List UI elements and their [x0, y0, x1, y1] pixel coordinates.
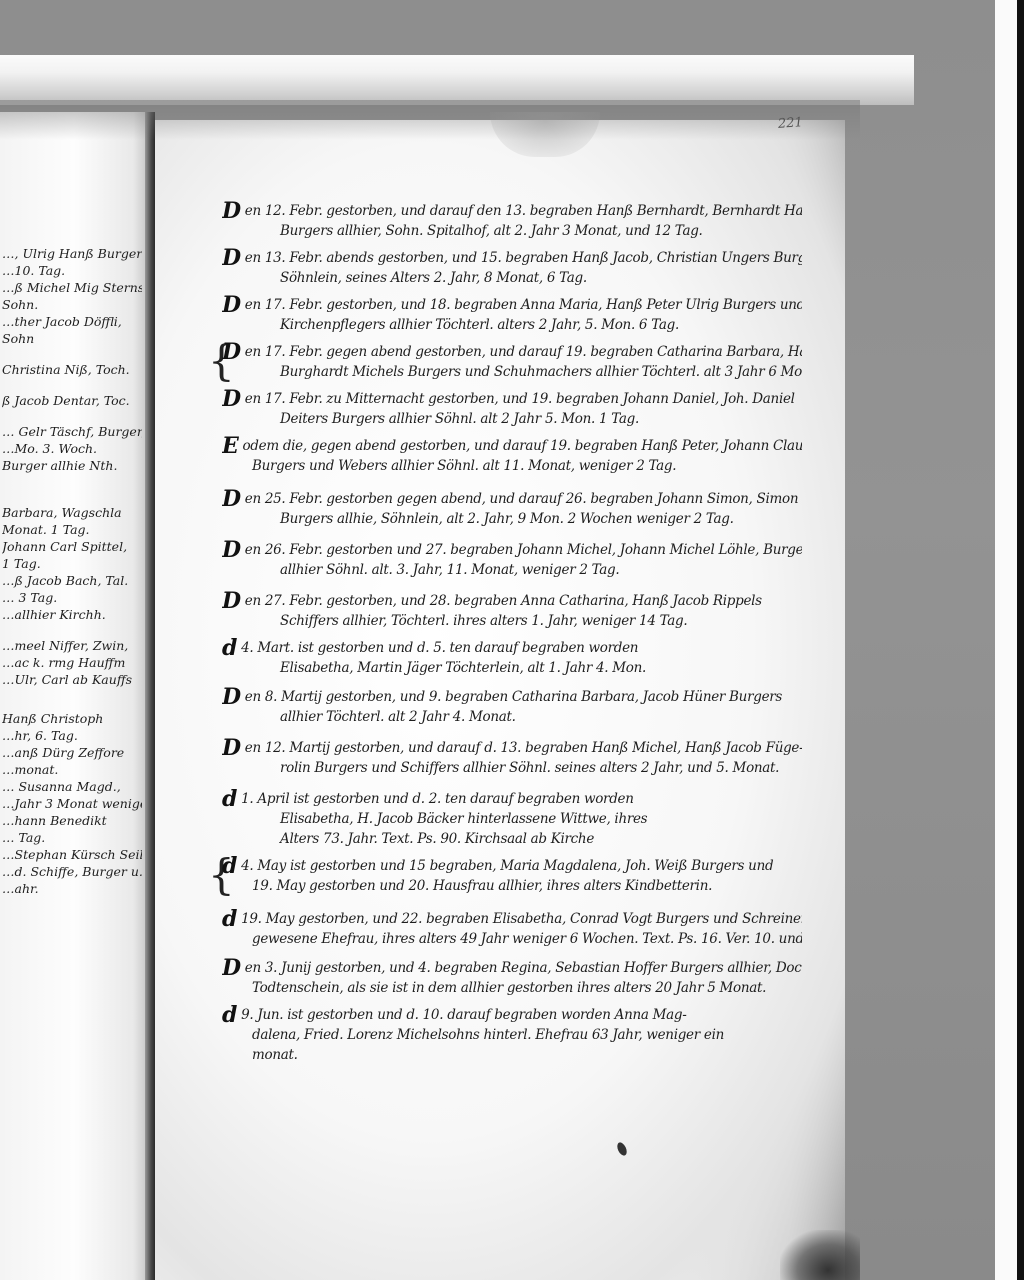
entry-text: Kirchenpflegers allhier Töchterl. alters…: [222, 315, 802, 335]
entry-initial: D: [222, 389, 241, 409]
register-entries: Den 12. Febr. gestorben, und darauf den …: [222, 198, 802, 1069]
left-line: …Stephan Kürsch Seiler: [2, 846, 142, 863]
register-entry: Den 13. Febr. abends gestorben, und 15. …: [222, 245, 802, 288]
left-line: …d. Schiffe, Burger u. 9: [2, 863, 142, 880]
left-line: Barbara, Wagschla: [2, 504, 142, 521]
entry-text: Todtenschein, als sie ist in dem allhier…: [222, 978, 802, 998]
entry-text: en 12. Febr. gestorben, und darauf den 1…: [245, 203, 802, 219]
left-line: …10. Tag.: [2, 262, 142, 279]
page-top-shadow: [0, 100, 860, 140]
entry-initial: D: [222, 591, 241, 611]
entry-text: 1. April ist gestorben und d. 2. ten dar…: [241, 791, 634, 807]
entry-initial: d: [222, 1005, 237, 1025]
entry-text: 9. Jun. ist gestorben und d. 10. darauf …: [241, 1007, 686, 1023]
entry-text: en 27. Febr. gestorben, und 28. begraben…: [245, 593, 762, 609]
entry-initial: D: [222, 687, 241, 707]
left-line: …Ulr, Carl ab Kauffs: [2, 671, 142, 688]
entry-text: Deiters Burgers allhier Söhnl. alt 2 Jah…: [222, 409, 802, 429]
left-line: …Jahr 3 Monat weniger 3 Tag: [2, 795, 142, 812]
entry-text: en 12. Martij gestorben, und darauf d. 1…: [245, 740, 802, 756]
entry-text: Schiffers allhier, Töchterl. ihres alter…: [222, 611, 802, 631]
register-entry: Den 26. Febr. gestorben und 27. begraben…: [222, 537, 802, 580]
left-line: … Tag.: [2, 829, 142, 846]
book-gutter: [145, 112, 155, 1280]
register-entry: d9. Jun. ist gestorben und d. 10. darauf…: [222, 1002, 802, 1065]
entry-text: dalena, Fried. Lorenz Michelsohns hinter…: [222, 1025, 802, 1045]
register-entry: d4. Mart. ist gestorben und d. 5. ten da…: [222, 635, 802, 678]
left-line: …hr, 6. Tag.: [2, 727, 142, 744]
register-entry: d19. May gestorben, und 22. begraben Eli…: [222, 906, 802, 949]
register-entry: Eodem die, gegen abend gestorben, und da…: [222, 433, 802, 476]
top-paper-strip: [0, 55, 914, 105]
entry-text: Burgers und Webers allhier Söhnl. alt 11…: [222, 456, 802, 476]
left-line: ß Jacob Dentar, Toc.: [2, 392, 142, 409]
left-line: …monat.: [2, 761, 142, 778]
entry-text: en 26. Febr. gestorben und 27. begraben …: [245, 542, 802, 558]
entry-text: Elisabetha, Martin Jäger Töchterlein, al…: [222, 658, 802, 678]
register-entry: Den 8. Martij gestorben, und 9. begraben…: [222, 684, 802, 727]
entry-initial: D: [222, 342, 241, 362]
register-entry: Den 25. Febr. gestorben gegen abend, und…: [222, 486, 802, 529]
left-line: …ß Jacob Bach, Tal.: [2, 572, 142, 589]
register-entry: Den 12. Martij gestorben, und darauf d. …: [222, 735, 802, 778]
register-entry: { d4. May ist gestorben und 15 begraben,…: [222, 853, 802, 896]
register-entry: Den 3. Junij gestorben, und 4. begraben …: [222, 955, 802, 998]
left-line: …ß Michel Mig Sterns,: [2, 279, 142, 296]
left-line: Christina Niß, Toch.: [2, 361, 142, 378]
left-line: …hann Benedikt: [2, 812, 142, 829]
register-entry: Den 12. Febr. gestorben, und darauf den …: [222, 198, 802, 241]
entry-text: 19. May gestorben, und 22. begraben Elis…: [241, 911, 802, 927]
entry-text: en 17. Febr. gegen abend gestorben, und …: [245, 344, 802, 360]
left-line: …allhier Kirchh.: [2, 606, 142, 623]
left-line: …, Ulrig Hanß Burger: [2, 245, 142, 262]
entry-initial: D: [222, 201, 241, 221]
left-page-text: …, Ulrig Hanß Burger …10. Tag. …ß Michel…: [2, 245, 142, 897]
entry-initial: D: [222, 540, 241, 560]
entry-text: 4. May ist gestorben und 15 begraben, Ma…: [241, 858, 773, 874]
entry-text: en 17. Febr. gestorben, und 18. begraben…: [245, 297, 802, 313]
left-line: … Susanna Magd.,: [2, 778, 142, 795]
left-line: Hanß Christoph: [2, 710, 142, 727]
left-line: … Gelr Täschf, Burger,: [2, 423, 142, 440]
entry-text: en 8. Martij gestorben, und 9. begraben …: [245, 689, 782, 705]
left-line: … 3 Tag.: [2, 589, 142, 606]
entry-initial: d: [222, 909, 237, 929]
entry-text: en 3. Junij gestorben, und 4. begraben R…: [245, 960, 802, 976]
entry-text: en 17. Febr. zu Mitternacht gestorben, u…: [245, 391, 795, 407]
film-edge-black: [1017, 0, 1024, 1280]
register-entry: Den 27. Febr. gestorben, und 28. begrabe…: [222, 588, 802, 631]
entry-text: Alters 73. Jahr. Text. Ps. 90. Kirchsaal…: [222, 829, 802, 849]
left-line: …ac k. rmg Hauffm: [2, 654, 142, 671]
register-entry: Den 17. Febr. gestorben, und 18. begrabe…: [222, 292, 802, 335]
left-line: Johann Carl Spittel,: [2, 538, 142, 555]
register-entry: Den 17. Febr. zu Mitternacht gestorben, …: [222, 386, 802, 429]
bottom-shadow: [780, 1230, 860, 1280]
entry-text: Söhnlein, seines Alters 2. Jahr, 8 Monat…: [222, 268, 802, 288]
entry-text: Burghardt Michels Burgers und Schuhmache…: [222, 362, 802, 382]
film-edge-white: [995, 0, 1017, 1280]
entry-text: en 25. Febr. gestorben gegen abend, und …: [245, 491, 802, 507]
left-line: …meel Niffer, Zwin,: [2, 637, 142, 654]
page-number: 221: [778, 115, 804, 132]
entry-text: odem die, gegen abend gestorben, und dar…: [242, 438, 802, 454]
entry-initial: D: [222, 958, 241, 978]
left-page: …, Ulrig Hanß Burger …10. Tag. …ß Michel…: [0, 112, 148, 1280]
left-line: …Mo. 3. Woch.: [2, 440, 142, 457]
left-line: Burger allhie Nth.: [2, 457, 142, 474]
left-line: …ahr.: [2, 880, 142, 897]
entry-text: allhier Söhnl. alt. 3. Jahr, 11. Monat, …: [222, 560, 802, 580]
left-line: 1 Tag.: [2, 555, 142, 572]
entry-text: rolin Burgers und Schiffers allhier Söhn…: [222, 758, 802, 778]
entry-text: gewesene Ehefrau, ihres alters 49 Jahr w…: [222, 929, 802, 949]
entry-initial: E: [222, 436, 238, 456]
entry-text: Burgers allhier, Sohn. Spitalhof, alt 2.…: [222, 221, 802, 241]
entry-text: 19. May gestorben und 20. Hausfrau allhi…: [222, 876, 802, 896]
left-line: Sohn: [2, 330, 142, 347]
entry-text: monat.: [222, 1045, 802, 1065]
entry-initial: d: [222, 856, 237, 876]
left-line: Sohn.: [2, 296, 142, 313]
entry-initial: D: [222, 489, 241, 509]
entry-text: en 13. Febr. abends gestorben, und 15. b…: [245, 250, 802, 266]
register-entry: d1. April ist gestorben und d. 2. ten da…: [222, 786, 802, 849]
left-line: Monat. 1 Tag.: [2, 521, 142, 538]
entry-text: 4. Mart. ist gestorben und d. 5. ten dar…: [241, 640, 638, 656]
entry-initial: d: [222, 638, 237, 658]
entry-text: Burgers allhie, Söhnlein, alt 2. Jahr, 9…: [222, 509, 802, 529]
entry-initial: d: [222, 789, 237, 809]
left-line: …ther Jacob Döffli,: [2, 313, 142, 330]
left-line: …anß Dürg Zeffore: [2, 744, 142, 761]
register-entry: { Den 17. Febr. gegen abend gestorben, u…: [222, 339, 802, 382]
entry-text: Elisabetha, H. Jacob Bäcker hinterlassen…: [222, 809, 802, 829]
entry-initial: D: [222, 248, 241, 268]
entry-initial: D: [222, 295, 241, 315]
entry-initial: D: [222, 738, 241, 758]
entry-text: allhier Töchterl. alt 2 Jahr 4. Monat.: [222, 707, 802, 727]
